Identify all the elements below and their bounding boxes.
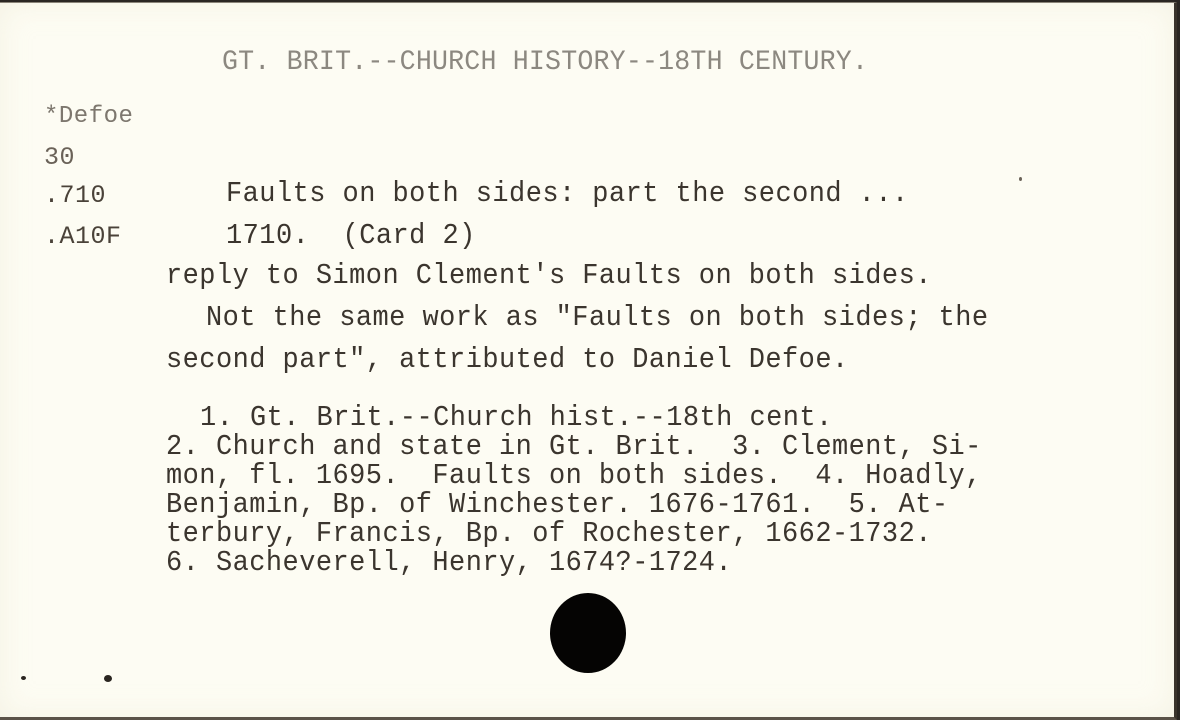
note-line: Not the same work as "Faults on both sid… — [206, 301, 989, 334]
ink-speck — [1019, 177, 1022, 181]
note-line: reply to Simon Clement's Faults on both … — [166, 259, 932, 292]
ink-speck — [104, 675, 112, 682]
call-number-line: *Defoe — [44, 103, 133, 130]
ink-speck — [21, 676, 26, 680]
tracing-line: mon, fl. 1695. Faults on both sides. 4. … — [166, 461, 982, 490]
tracing-line: 6. Sacheverell, Henry, 1674?-1724. — [166, 548, 732, 577]
tracing-line: Benjamin, Bp. of Winchester. 1676-1761. … — [166, 490, 949, 519]
punch-hole — [550, 593, 626, 673]
subject-heading: GT. BRIT.--CHURCH HISTORY--18TH CENTURY. — [222, 47, 868, 78]
imprint-line: 1710. (Card 2) — [226, 219, 476, 252]
tracing-line: terbury, Francis, Bp. of Rochester, 1662… — [166, 519, 932, 548]
call-number-line: 30 — [44, 143, 75, 172]
tracing-line: 1. Gt. Brit.--Church hist.--18th cent. — [200, 403, 833, 432]
call-number-line: .710 — [44, 181, 106, 210]
call-number-line: .A10F — [44, 222, 122, 251]
note-line: second part", attributed to Daniel Defoe… — [166, 343, 849, 376]
title-line: Faults on both sides: part the second ..… — [226, 177, 909, 210]
catalog-card: GT. BRIT.--CHURCH HISTORY--18TH CENTURY.… — [0, 2, 1177, 720]
tracing-line: 2. Church and state in Gt. Brit. 3. Clem… — [166, 432, 982, 461]
